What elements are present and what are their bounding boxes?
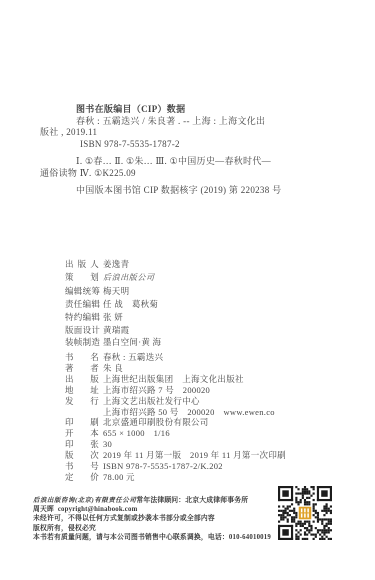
imprint-label: 开本 bbox=[65, 428, 99, 439]
imprint-label: 发行 bbox=[65, 396, 99, 407]
credits-block: 出版人姜逸青策划后浪出版公司编辑统筹梅天明责任编辑任 战 葛秋菊特约编辑张 妍版… bbox=[65, 258, 365, 349]
legal-counsel-line: 后浪出版咨询(北京)有限责任公司常年法律顾问：北京大成律师事务所 bbox=[33, 496, 293, 505]
cip-heading: 图书在版编目（CIP）数据 bbox=[40, 104, 330, 116]
imprint-row: 版次2019 年 11 月第一版 2019 年 11 月第一次印刷 bbox=[65, 450, 365, 461]
imprint-row: 印刷北京盛通印刷股份有限公司 bbox=[65, 417, 365, 428]
legal-no-copy-line: 未经许可，不得以任何方式复制或抄袭本书部分或全部内容 bbox=[33, 514, 293, 523]
credit-row: 特约编辑张 妍 bbox=[65, 311, 365, 324]
imprint-value: 春秋 : 五霸迭兴 bbox=[103, 352, 163, 363]
credit-label: 编辑统筹 bbox=[65, 285, 99, 298]
imprint-value: 上海市绍兴路 50 号 200020 www.ewen.co bbox=[103, 407, 275, 418]
credit-value: 张 妍 bbox=[103, 311, 123, 324]
imprint-row: 发行上海文艺出版社发行中心 bbox=[65, 396, 365, 407]
legal-counsel-text: 常年法律顾问：北京大成律师事务所 bbox=[136, 497, 248, 504]
legal-company-script: 后浪出版咨询(北京)有限责任公司 bbox=[33, 497, 136, 504]
imprint-value: 上海世纪出版集团 上海文化出版社 bbox=[103, 374, 244, 385]
copyright-page: 图书在版编目（CIP）数据 春秋 : 五霸迭兴 / 朱良著 . -- 上海 : … bbox=[0, 0, 375, 580]
qr-code bbox=[278, 486, 332, 540]
imprint-row: 著者朱 良 bbox=[65, 363, 365, 374]
cip-record-line1: 春秋 : 五霸迭兴 / 朱良著 . -- 上海 : 上海文化出 bbox=[40, 116, 330, 128]
legal-contact-line: 周天晖 copyright@hinabook.com bbox=[33, 505, 293, 514]
imprint-value: 上海文艺出版社发行中心 bbox=[103, 396, 200, 407]
imprint-value: 78.00 元 bbox=[103, 472, 135, 483]
imprint-value: 30 bbox=[103, 439, 112, 450]
credit-row: 出版人姜逸青 bbox=[65, 258, 365, 271]
qr-code-image bbox=[278, 486, 332, 540]
credit-value: 姜逸青 bbox=[103, 258, 129, 271]
imprint-label: 出版 bbox=[65, 374, 99, 385]
imprint-row: 开本655 × 1000 1/16 bbox=[65, 428, 365, 439]
legal-contact-name: 周天晖 bbox=[33, 506, 54, 513]
imprint-value: 655 × 1000 1/16 bbox=[103, 428, 170, 439]
credit-row: 编辑统筹梅天明 bbox=[65, 285, 365, 298]
imprint-label: 书名 bbox=[65, 352, 99, 363]
imprint-value: 2019 年 11 月第一版 2019 年 11 月第一次印刷 bbox=[103, 450, 286, 461]
credit-label: 责任编辑 bbox=[65, 298, 99, 311]
legal-quality-line: 本书若有质量问题，请与本公司图书销售中心联系调换，电话：010-64010019 bbox=[33, 533, 293, 542]
imprint-row: 上海市绍兴路 50 号 200020 www.ewen.co bbox=[65, 407, 365, 418]
imprint-value: 北京盛通印刷股份有限公司 bbox=[103, 417, 209, 428]
imprint-row: 书号ISBN 978-7-5535-1787-2/K.202 bbox=[65, 461, 365, 472]
legal-rights-line: 版权所有，侵权必究 bbox=[33, 524, 293, 533]
credit-label: 特约编辑 bbox=[65, 311, 99, 324]
credit-value: 梅天明 bbox=[103, 285, 129, 298]
credit-row: 策划后浪出版公司 bbox=[65, 271, 365, 285]
imprint-row: 印张30 bbox=[65, 439, 365, 450]
credit-row: 装帧制造墨白空间·黄 海 bbox=[65, 336, 365, 349]
cip-registry: 中国版本图书馆 CIP 数据核字 (2019) 第 220238 号 bbox=[40, 185, 330, 197]
imprint-label: 书号 bbox=[65, 461, 99, 472]
credit-value: 后浪出版公司 bbox=[103, 272, 155, 285]
credit-value: 黄瑞霞 bbox=[103, 324, 129, 337]
credit-value: 墨白空间·黄 海 bbox=[103, 336, 161, 349]
legal-contact-email: copyright@hinabook.com bbox=[58, 506, 138, 513]
credit-row: 版面设计黄瑞霞 bbox=[65, 324, 365, 337]
imprint-label: 版次 bbox=[65, 450, 99, 461]
imprint-label: 著者 bbox=[65, 363, 99, 374]
imprint-row: 出版上海世纪出版集团 上海文化出版社 bbox=[65, 374, 365, 385]
cip-classification-line2: 通俗读物 Ⅳ. ①K225.09 bbox=[40, 168, 330, 180]
credit-label: 版面设计 bbox=[65, 324, 99, 337]
cip-block: 图书在版编目（CIP）数据 春秋 : 五霸迭兴 / 朱良著 . -- 上海 : … bbox=[40, 104, 330, 197]
imprint-label: 印刷 bbox=[65, 417, 99, 428]
imprint-value: 朱 良 bbox=[103, 363, 123, 374]
imprint-row: 定价78.00 元 bbox=[65, 472, 365, 483]
credit-label: 策划 bbox=[65, 271, 99, 284]
imprint-label: 定价 bbox=[65, 472, 99, 483]
imprint-block: 书名春秋 : 五霸迭兴著者朱 良出版上海世纪出版集团 上海文化出版社地址上海市绍… bbox=[65, 352, 365, 483]
credit-label: 出版人 bbox=[65, 258, 99, 271]
cip-classification-line1: Ⅰ. ①春… Ⅱ. ①朱… Ⅲ. ①中国历史—春秋时代— bbox=[40, 156, 330, 168]
imprint-value: 上海市绍兴路 7 号 200020 bbox=[103, 385, 210, 396]
cip-record-line2: 版社 , 2019.11 bbox=[40, 127, 330, 139]
credit-label: 装帧制造 bbox=[65, 336, 99, 349]
cip-isbn: ISBN 978-7-5535-1787-2 bbox=[40, 139, 330, 151]
imprint-row: 地址上海市绍兴路 7 号 200020 bbox=[65, 385, 365, 396]
legal-block: 后浪出版咨询(北京)有限责任公司常年法律顾问：北京大成律师事务所 周天晖 cop… bbox=[33, 496, 293, 542]
imprint-row: 书名春秋 : 五霸迭兴 bbox=[65, 352, 365, 363]
imprint-label: 地址 bbox=[65, 385, 99, 396]
imprint-label: 印张 bbox=[65, 439, 99, 450]
credit-value: 任 战 葛秋菊 bbox=[103, 298, 158, 311]
credit-row: 责任编辑任 战 葛秋菊 bbox=[65, 298, 365, 311]
imprint-value: ISBN 978-7-5535-1787-2/K.202 bbox=[103, 461, 223, 472]
